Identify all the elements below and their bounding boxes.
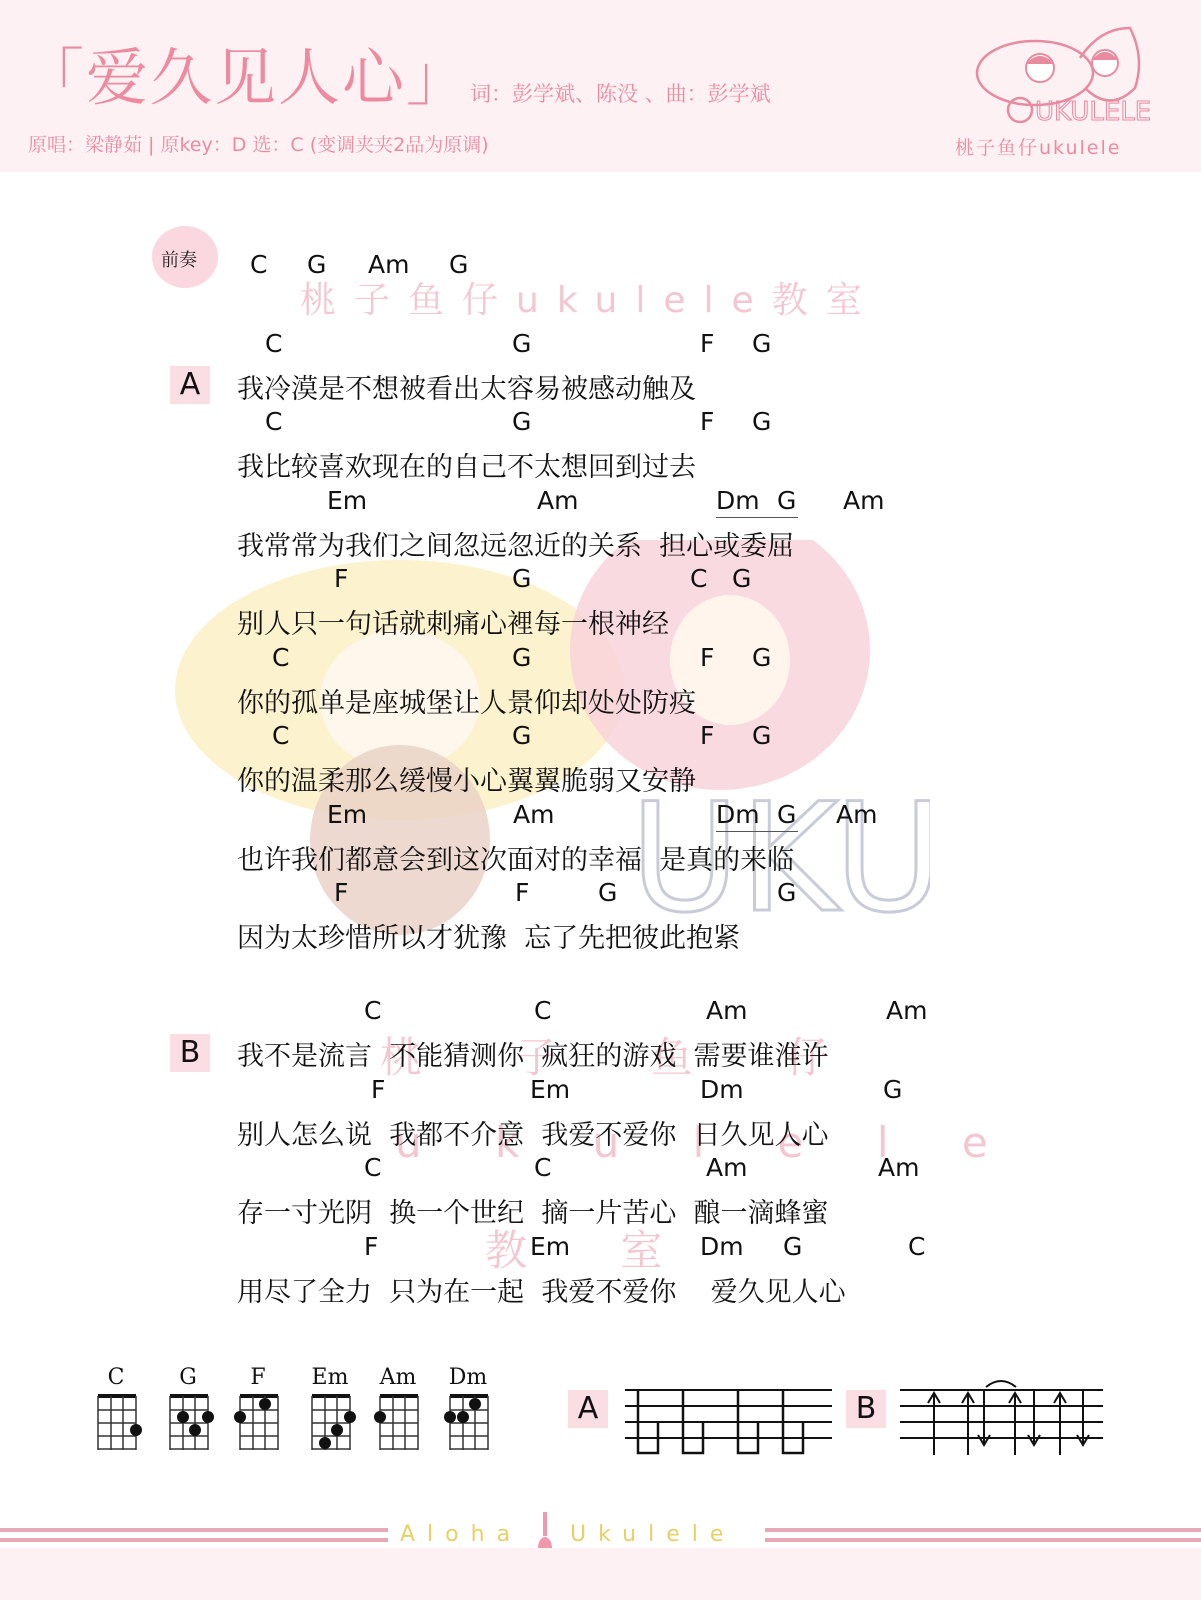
lyric-line: 你的孤单是座城堡让人景仰却处处防疫: [237, 681, 696, 720]
chord-label: Am: [878, 1153, 919, 1182]
fretboard-icon: [158, 1390, 218, 1452]
chord-label: G: [512, 407, 531, 436]
chord-label: C: [534, 1153, 551, 1182]
chord-diagram-em: Em: [300, 1365, 360, 1456]
chord-label: G: [598, 878, 617, 907]
chord-label: F: [334, 878, 348, 907]
lyric-line: 我常常为我们之间忽远忽近的关系 担心或委屈: [237, 524, 794, 563]
chord-label: Dm: [700, 1232, 744, 1261]
chord-label: F: [700, 721, 714, 750]
chord-diagram-name: C: [86, 1365, 146, 1390]
chord-diagram-name: Em: [300, 1365, 360, 1390]
svg-text:UKULELE: UKULELE: [1035, 97, 1151, 127]
chord-label: Am: [706, 1153, 747, 1182]
lyric-line: 我比较喜欢现在的自己不太想回到过去: [237, 445, 696, 484]
footer-band: [0, 1548, 1201, 1600]
lyric-line: 存一寸光阴 换一个世纪 摘一片苦心 酿一滴蜂蜜: [237, 1191, 829, 1230]
song-title: 「爱久见人心」: [22, 28, 470, 117]
chord-label: F: [334, 564, 348, 593]
lyric-line: 你的温柔那么缓慢小心翼翼脆弱又安静: [237, 759, 696, 798]
chord-label: G: [783, 1232, 802, 1261]
strum-pattern-b-icon: [898, 1375, 1108, 1460]
chord-label: F: [700, 643, 714, 672]
song-meta: 原唱：梁静茹 | 原key：D 选：C (变调夹夹2品为原调): [28, 130, 489, 157]
chord-diagram-am: Am: [368, 1365, 428, 1456]
chord-label: C: [364, 996, 381, 1025]
chord-diagram-c: C: [86, 1365, 146, 1456]
song-credits: 词：彭学斌、陈没 、曲：彭学斌: [470, 78, 771, 108]
fretboard-icon: [228, 1390, 288, 1452]
chord-label: Am: [513, 800, 554, 829]
fretboard-icon: [86, 1390, 146, 1452]
chord-label: Em: [327, 486, 367, 515]
strum-a-marker: A: [568, 1390, 608, 1428]
lyric-line: 别人只一句话就刺痛心裡每一根神经: [237, 602, 669, 641]
chord-label: Am: [843, 486, 884, 515]
chord-label: Dm: [716, 800, 760, 829]
chord-label: C: [265, 407, 282, 436]
ukulele-logo-icon: UKULELE: [960, 18, 1160, 128]
chord-label: G: [512, 721, 531, 750]
chord-label: G: [752, 329, 771, 358]
chord-label: Am: [368, 250, 409, 279]
lyric-line: 用尽了全力 只为在一起 我爱不爱你 爱久见人心: [237, 1270, 846, 1309]
chord-label: G: [512, 564, 531, 593]
chord-label: Em: [530, 1232, 570, 1261]
chord-underline: [716, 517, 798, 518]
chord-diagram-g: G: [158, 1365, 218, 1456]
chord-label: C: [250, 250, 267, 279]
footer-line: [0, 1528, 388, 1532]
section-b-marker: B: [170, 1034, 210, 1072]
footer-line: [0, 1538, 388, 1542]
chord-label: C: [908, 1232, 925, 1261]
chord-label: G: [883, 1075, 902, 1104]
chord-label: Am: [537, 486, 578, 515]
strum-b-marker: B: [846, 1390, 886, 1428]
chord-diagram-name: F: [228, 1365, 288, 1390]
chord-label: Em: [327, 800, 367, 829]
chord-label: G: [752, 721, 771, 750]
chord-label: G: [512, 329, 531, 358]
chord-diagram-name: G: [158, 1365, 218, 1390]
section-a-marker: A: [170, 366, 210, 404]
chord-label: Dm: [716, 486, 760, 515]
chord-label: G: [777, 878, 796, 907]
chord-label: G: [752, 407, 771, 436]
footer-line: [765, 1538, 1201, 1542]
chord-label: F: [364, 1232, 378, 1261]
chord-label: C: [690, 564, 707, 593]
chord-label: Am: [706, 996, 747, 1025]
chord-label: C: [364, 1153, 381, 1182]
chord-label: F: [515, 878, 529, 907]
lyric-line: 也许我们都意会到这次面对的幸福 是真的来临: [237, 838, 794, 877]
chord-label: G: [512, 643, 531, 672]
chord-label: F: [371, 1075, 385, 1104]
lyric-line: 我不是流言 不能猜测你 疯狂的游戏 需要谁淮许: [237, 1034, 829, 1073]
chord-label: G: [777, 800, 796, 829]
fretboard-icon: [438, 1390, 498, 1452]
chord-label: F: [700, 407, 714, 436]
chord-label: Dm: [700, 1075, 744, 1104]
chord-label: G: [732, 564, 751, 593]
fretboard-icon: [300, 1390, 360, 1452]
logo-caption: 桃子鱼仔ukulele: [955, 133, 1121, 160]
chord-label: G: [307, 250, 326, 279]
chord-label: Am: [886, 996, 927, 1025]
chord-label: G: [777, 486, 796, 515]
chord-diagram-dm: Dm: [438, 1365, 498, 1456]
chord-diagram-name: Am: [368, 1365, 428, 1390]
footer-ukulele: Ukulele: [570, 1522, 735, 1547]
header-banner: 「爱久见人心」 词：彭学斌、陈没 、曲：彭学斌 原唱：梁静茹 | 原key：D …: [0, 0, 1201, 172]
chord-diagram-f: F: [228, 1365, 288, 1456]
lyric-line: 别人怎么说 我都不介意 我爱不爱你 日久见人心: [237, 1113, 829, 1152]
chord-underline: [716, 831, 798, 832]
chord-label: C: [272, 643, 289, 672]
chord-label: G: [752, 643, 771, 672]
strum-pattern-a-icon: [620, 1385, 835, 1455]
lyric-line: 我冷漠是不想被看出太容易被感动触及: [237, 367, 696, 406]
watermark-text: 桃子鱼仔ukulele教室: [300, 272, 880, 323]
chord-label: C: [265, 329, 282, 358]
chord-diagram-name: Dm: [438, 1365, 498, 1390]
intro-label: 前奏: [161, 246, 197, 272]
footer-aloha: Aloha: [400, 1522, 522, 1547]
lyric-line: 因为太珍惜所以才犹豫 忘了先把彼此抱紧: [237, 916, 740, 955]
fretboard-icon: [368, 1390, 428, 1452]
chord-label: Em: [530, 1075, 570, 1104]
chord-label: Am: [836, 800, 877, 829]
chord-label: F: [700, 329, 714, 358]
chord-label: C: [272, 721, 289, 750]
chord-label: G: [449, 250, 468, 279]
footer-line: [765, 1528, 1201, 1532]
chord-label: C: [534, 996, 551, 1025]
